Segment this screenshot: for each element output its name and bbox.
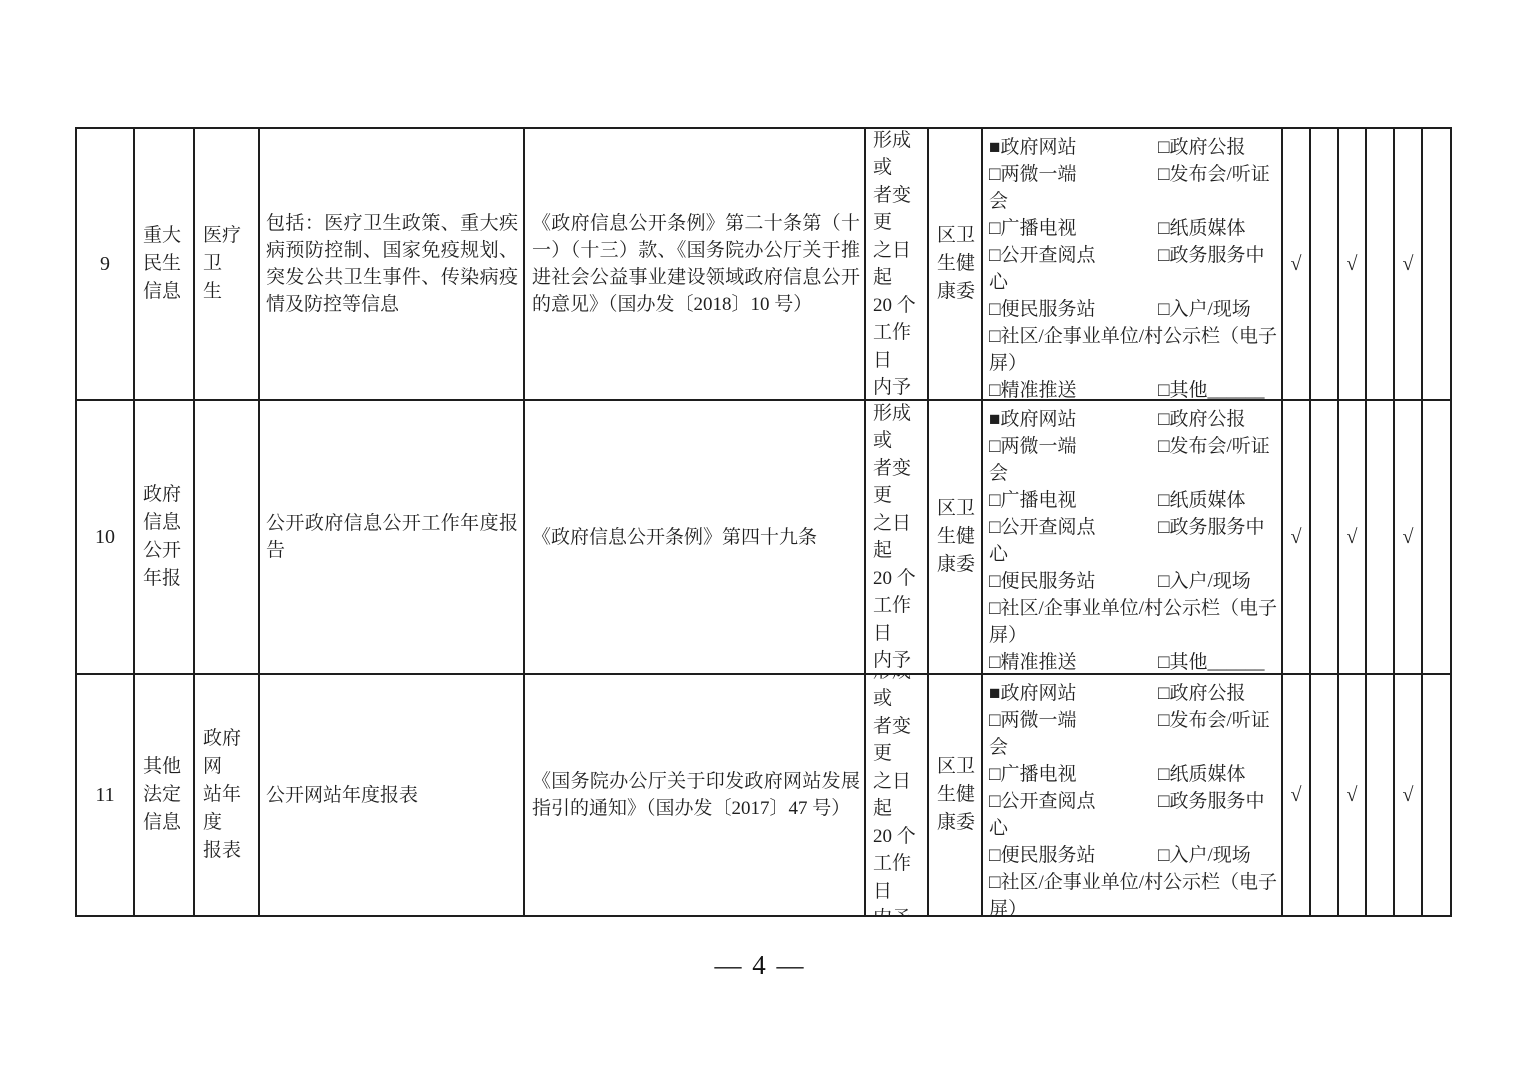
check-cell: √ — [1395, 401, 1423, 675]
channel-line: □广播电视□纸质媒体 — [989, 759, 1279, 786]
content-text: 公开网站年度报表 — [266, 782, 518, 809]
check-cell — [1367, 675, 1395, 915]
channel-item-right: □政府公报 — [1158, 404, 1245, 431]
channel-item-right: □入户/现场 — [1158, 840, 1251, 867]
timing-cell: 自信息 形成或 者变更 之日起 20 个 工作日 内予以 公开 — [866, 401, 929, 675]
serial-number-cell: 11 — [77, 675, 135, 915]
channel-item-right: □入户/现场 — [1158, 294, 1251, 321]
channel-item-left: □社区/企事业单位/村公示栏（电子 — [989, 321, 1277, 348]
responsible-agency-cell: 区卫 生健 康委 — [929, 401, 983, 675]
check-cell — [1311, 675, 1339, 915]
legal-basis-text: 《政府信息公开条例》第二十条第（十一）（十三）款、《国务院办公厅关于推进社会公益… — [532, 210, 860, 318]
channel-line: □便民服务站□入户/现场 — [989, 840, 1279, 867]
channel-item-left: 心 — [989, 267, 1158, 294]
check-cell: √ — [1395, 129, 1423, 401]
check-cell: √ — [1283, 675, 1311, 915]
channel-line: 屏） — [989, 894, 1279, 915]
check-cell — [1423, 401, 1450, 675]
content-cell: 包括：医疗卫生政策、重大疾病预防控制、国家免疫规划、突发公共卫生事件、传染病疫情… — [260, 129, 525, 401]
channel-item-right: □纸质媒体 — [1158, 485, 1245, 512]
channel-item-left: □广播电视 — [989, 759, 1158, 786]
channel-line: □公开查阅点□政务服务中 — [989, 786, 1279, 813]
page-number: — 4 — — [0, 950, 1520, 981]
channel-item-left: □精准推送 — [989, 647, 1158, 674]
check-cell — [1367, 401, 1395, 675]
channel-item-right: □政府公报 — [1158, 132, 1245, 159]
channel-item-right: □发布会/听证 — [1158, 159, 1270, 186]
responsible-agency-cell: 区卫 生健 康委 — [929, 675, 983, 915]
subcategory-cell: 医疗卫 生 — [195, 129, 260, 401]
channel-line: □便民服务站□入户/现场 — [989, 566, 1279, 593]
channels-cell: ■政府网站□政府公报□两微一端□发布会/听证会□广播电视□纸质媒体□公开查阅点□… — [983, 675, 1283, 915]
channel-item-left: □便民服务站 — [989, 566, 1158, 593]
channel-item-left: □两微一端 — [989, 705, 1158, 732]
channel-item-left: ■政府网站 — [989, 132, 1158, 159]
channel-item-left: □社区/企事业单位/村公示栏（电子 — [989, 867, 1277, 894]
legal-basis-cell: 《国务院办公厅关于印发政府网站发展指引的通知》（国办发〔2017〕47 号） — [525, 675, 866, 915]
channel-line: ■政府网站□政府公报 — [989, 132, 1279, 159]
channel-item-left: 屏） — [989, 894, 1158, 915]
check-cell: √ — [1339, 401, 1367, 675]
channel-item-right: □政务服务中 — [1158, 512, 1264, 539]
document-page: 9 重大 民生 信息 医疗卫 生 包括：医疗卫生政策、重大疾病预防控制、国家免疫… — [0, 0, 1520, 1074]
channel-item-left: □便民服务站 — [989, 294, 1158, 321]
channel-item-left: □广播电视 — [989, 213, 1158, 240]
channel-line: □公开查阅点□政务服务中 — [989, 512, 1279, 539]
channel-line: ■政府网站□政府公报 — [989, 404, 1279, 431]
content-cell: 公开网站年度报表 — [260, 675, 525, 915]
channel-line: □两微一端□发布会/听证 — [989, 159, 1279, 186]
check-cell — [1423, 675, 1450, 915]
channel-item-right: □政务服务中 — [1158, 786, 1264, 813]
check-cell — [1423, 129, 1450, 401]
channel-item-left: □公开查阅点 — [989, 240, 1158, 267]
channel-line: □精准推送□其他______ — [989, 647, 1279, 674]
channel-item-right: □纸质媒体 — [1158, 213, 1245, 240]
channel-item-left: □公开查阅点 — [989, 512, 1158, 539]
channel-item-left: □两微一端 — [989, 159, 1158, 186]
check-cell: √ — [1283, 401, 1311, 675]
channel-item-right: □入户/现场 — [1158, 566, 1251, 593]
check-cell — [1311, 401, 1339, 675]
channel-item-right: □政府公报 — [1158, 678, 1245, 705]
channel-line: 屏） — [989, 348, 1279, 375]
channels-cell: ■政府网站□政府公报□两微一端□发布会/听证会□广播电视□纸质媒体□公开查阅点□… — [983, 129, 1283, 401]
channel-line: 会 — [989, 186, 1279, 213]
channel-item-right: □纸质媒体 — [1158, 759, 1245, 786]
channel-item-left: □精准推送 — [989, 375, 1158, 401]
legal-basis-cell: 《政府信息公开条例》第二十条第（十一）（十三）款、《国务院办公厅关于推进社会公益… — [525, 129, 866, 401]
category-cell: 重大 民生 信息 — [135, 129, 195, 401]
channel-line: □两微一端□发布会/听证 — [989, 431, 1279, 458]
serial-number-cell: 10 — [77, 401, 135, 675]
channel-line: 屏） — [989, 620, 1279, 647]
channel-item-left: □便民服务站 — [989, 840, 1158, 867]
check-cell: √ — [1339, 675, 1367, 915]
channel-line: □社区/企事业单位/村公示栏（电子 — [989, 867, 1279, 894]
channel-line: 会 — [989, 732, 1279, 759]
channel-item-left: □公开查阅点 — [989, 786, 1158, 813]
channel-line: □公开查阅点□政务服务中 — [989, 240, 1279, 267]
channel-line: 心 — [989, 813, 1279, 840]
category-cell: 其他 法定 信息 — [135, 675, 195, 915]
channel-item-left: 屏） — [989, 620, 1158, 647]
check-cell: √ — [1283, 129, 1311, 401]
check-cell — [1367, 129, 1395, 401]
channel-item-right: □发布会/听证 — [1158, 431, 1270, 458]
channel-line: □社区/企事业单位/村公示栏（电子 — [989, 593, 1279, 620]
channel-item-right: □其他______ — [1158, 375, 1264, 401]
channel-line: □广播电视□纸质媒体 — [989, 213, 1279, 240]
channel-item-left: □社区/企事业单位/村公示栏（电子 — [989, 593, 1277, 620]
check-cell: √ — [1395, 675, 1423, 915]
channel-item-left: 心 — [989, 539, 1158, 566]
disclosure-directory-table: 9 重大 民生 信息 医疗卫 生 包括：医疗卫生政策、重大疾病预防控制、国家免疫… — [75, 127, 1452, 917]
check-cell — [1311, 129, 1339, 401]
channel-item-left: 屏） — [989, 348, 1158, 375]
subcategory-cell: 政府网 站年度 报表 — [195, 675, 260, 915]
channel-item-left: ■政府网站 — [989, 678, 1158, 705]
channel-item-left: 会 — [989, 458, 1158, 485]
channel-line: 心 — [989, 539, 1279, 566]
content-text: 包括：医疗卫生政策、重大疾病预防控制、国家免疫规划、突发公共卫生事件、传染病疫情… — [266, 210, 518, 318]
channel-line: □精准推送□其他______ — [989, 375, 1279, 401]
channel-item-left: 心 — [989, 813, 1158, 840]
channel-item-left: 会 — [989, 732, 1158, 759]
timing-cell: 自信息 形成或 者变更 之日起 20 个 工作日 内予以 公开 — [866, 129, 929, 401]
legal-basis-text: 《政府信息公开条例》第四十九条 — [532, 524, 860, 551]
channel-item-right: □其他______ — [1158, 647, 1264, 674]
content-cell: 公开政府信息公开工作年度报告 — [260, 401, 525, 675]
responsible-agency-cell: 区卫 生健 康委 — [929, 129, 983, 401]
content-text: 公开政府信息公开工作年度报告 — [266, 510, 518, 564]
channel-item-left: □两微一端 — [989, 431, 1158, 458]
channel-line: □两微一端□发布会/听证 — [989, 705, 1279, 732]
channel-line: □便民服务站□入户/现场 — [989, 294, 1279, 321]
channel-item-left: 会 — [989, 186, 1158, 213]
timing-cell: 自信息 形成或 者变更 之日起 20 个 工作日 内予以 公开 — [866, 675, 929, 915]
channels-cell: ■政府网站□政府公报□两微一端□发布会/听证会□广播电视□纸质媒体□公开查阅点□… — [983, 401, 1283, 675]
channel-line: 会 — [989, 458, 1279, 485]
legal-basis-cell: 《政府信息公开条例》第四十九条 — [525, 401, 866, 675]
channel-line: ■政府网站□政府公报 — [989, 678, 1279, 705]
channel-line: □社区/企事业单位/村公示栏（电子 — [989, 321, 1279, 348]
channel-item-left: □广播电视 — [989, 485, 1158, 512]
legal-basis-text: 《国务院办公厅关于印发政府网站发展指引的通知》（国办发〔2017〕47 号） — [532, 768, 860, 822]
category-cell: 政府 信息 公开 年报 — [135, 401, 195, 675]
subcategory-cell — [195, 401, 260, 675]
channel-item-left: ■政府网站 — [989, 404, 1158, 431]
channel-item-right: □政务服务中 — [1158, 240, 1264, 267]
channel-item-right: □发布会/听证 — [1158, 705, 1270, 732]
check-cell: √ — [1339, 129, 1367, 401]
channel-line: 心 — [989, 267, 1279, 294]
serial-number-cell: 9 — [77, 129, 135, 401]
channel-line: □广播电视□纸质媒体 — [989, 485, 1279, 512]
